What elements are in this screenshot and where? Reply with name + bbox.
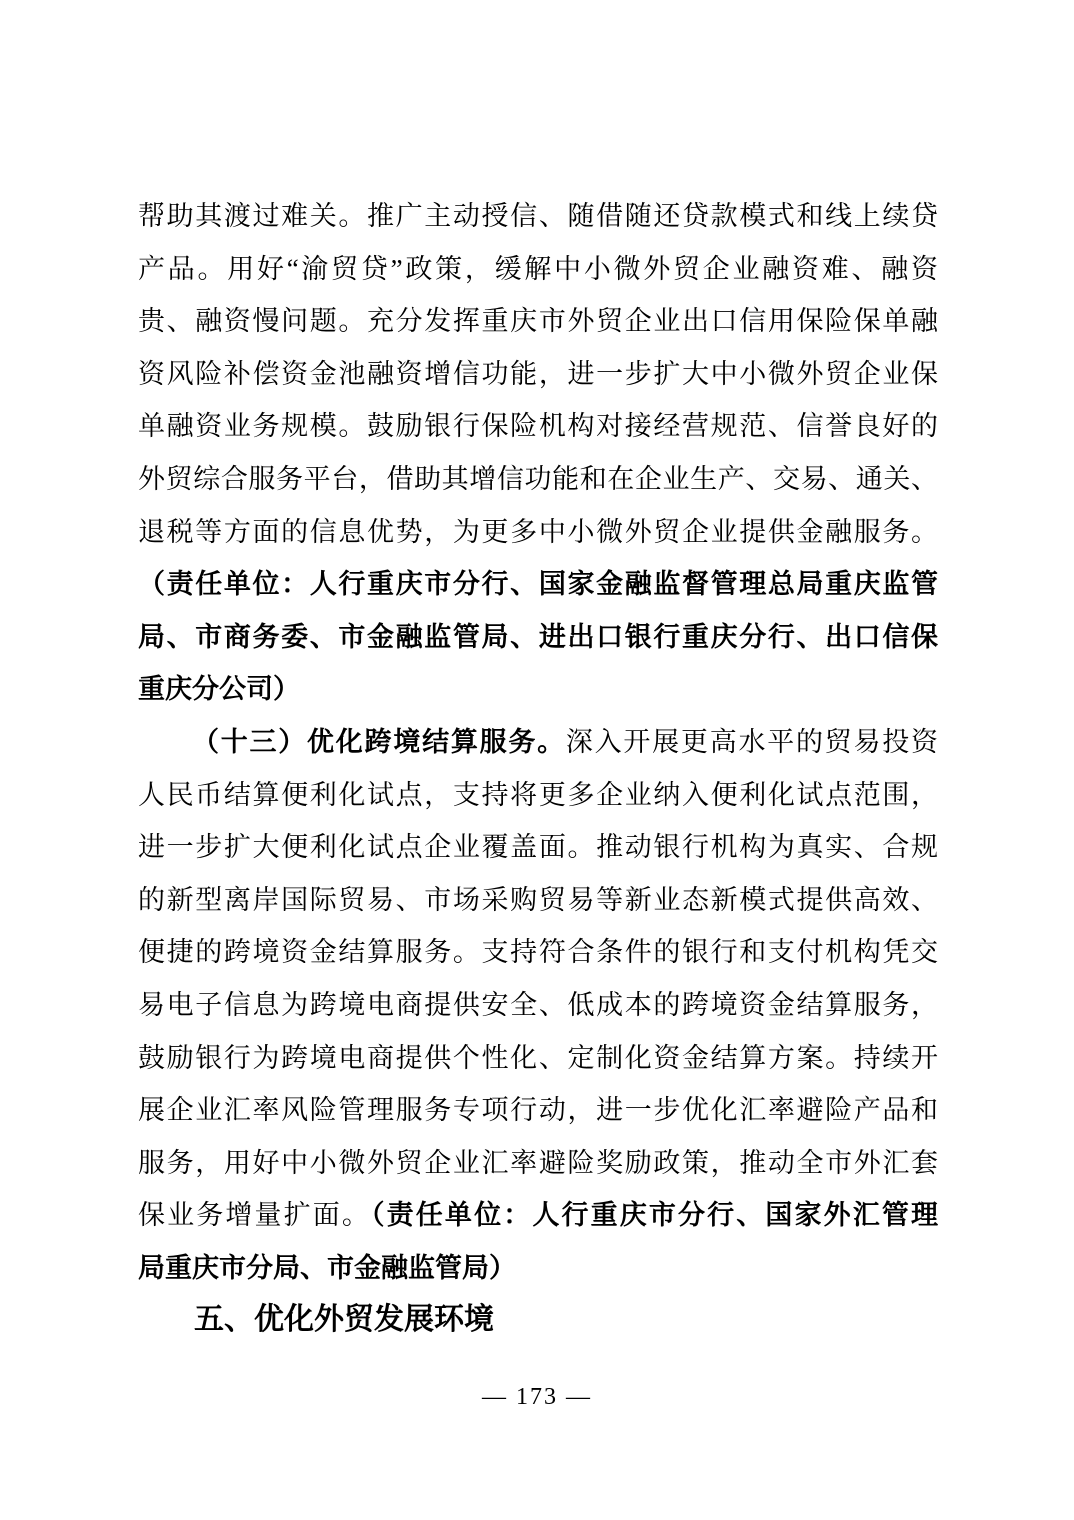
- section-13-title: （十三）优化跨境结算服务。: [192, 727, 566, 757]
- text-line: 退税等方面的信息优势，为更多中小微外贸企业提供金融服务。: [138, 506, 938, 559]
- text-line: （十三）优化跨境结算服务。深入开展更高水平的贸易投资: [138, 716, 938, 769]
- text-line: 贵、融资慢问题。充分发挥重庆市外贸企业出口信用保险保单融: [138, 295, 938, 348]
- text-line: 展企业汇率风险管理服务专项行动，进一步优化汇率避险产品和: [138, 1084, 938, 1137]
- text-line: 易电子信息为跨境电商提供安全、低成本的跨境资金结算服务，: [138, 979, 938, 1032]
- text-line: 帮助其渡过难关。推广主动授信、随借随还贷款模式和线上续贷: [138, 190, 938, 243]
- document-page: 帮助其渡过难关。推广主动授信、随借随还贷款模式和线上续贷 产品。用好“渝贸贷”政…: [0, 0, 1074, 1520]
- responsible-units-line: （责任单位：人行重庆市分行、国家金融监督管理总局重庆监管: [138, 558, 938, 611]
- document-body: 帮助其渡过难关。推广主动授信、随借随还贷款模式和线上续贷 产品。用好“渝贸贷”政…: [138, 190, 938, 1347]
- responsible-units-line: 局、市商务委、市金融监管局、进出口银行重庆分行、出口信保: [138, 611, 938, 664]
- responsible-units-line: 局重庆市分局、市金融监管局）: [138, 1242, 938, 1295]
- text-line: 的新型离岸国际贸易、市场采购贸易等新业态新模式提供高效、: [138, 874, 938, 927]
- text-line: 人民币结算便利化试点，支持将更多企业纳入便利化试点范围，: [138, 769, 938, 822]
- text-line: 服务，用好中小微外贸企业汇率避险奖励政策，推动全市外汇套: [138, 1137, 938, 1190]
- text-segment: 深入开展更高水平的贸易投资: [566, 727, 938, 757]
- text-line: 外贸综合服务平台，借助其增信功能和在企业生产、交易、通关、: [138, 453, 938, 506]
- text-line: 保业务增量扩面。（责任单位：人行重庆市分行、国家外汇管理: [138, 1189, 938, 1242]
- text-line: 便捷的跨境资金结算服务。支持符合条件的银行和支付机构凭交: [138, 926, 938, 979]
- text-line: 进一步扩大便利化试点企业覆盖面。推动银行机构为真实、合规: [138, 821, 938, 874]
- page-number: — 173 —: [482, 1384, 592, 1410]
- text-line: 鼓励银行为跨境电商提供个性化、定制化资金结算方案。持续开: [138, 1032, 938, 1085]
- section-5-heading: 五、优化外贸发展环境: [138, 1294, 938, 1347]
- text-line: 产品。用好“渝贸贷”政策，缓解中小微外贸企业融资难、融资: [138, 243, 938, 296]
- responsible-units-segment: （责任单位：人行重庆市分行、国家外汇管理: [371, 1200, 938, 1230]
- page-footer: — 173 —: [0, 1382, 1074, 1412]
- text-line: 单融资业务规模。鼓励银行保险机构对接经营规范、信誉良好的: [138, 400, 938, 453]
- responsible-units-line: 重庆分公司）: [138, 663, 938, 716]
- text-line: 资风险补偿资金池融资增信功能，进一步扩大中小微外贸企业保: [138, 348, 938, 401]
- text-segment: 保业务增量扩面。: [138, 1200, 371, 1230]
